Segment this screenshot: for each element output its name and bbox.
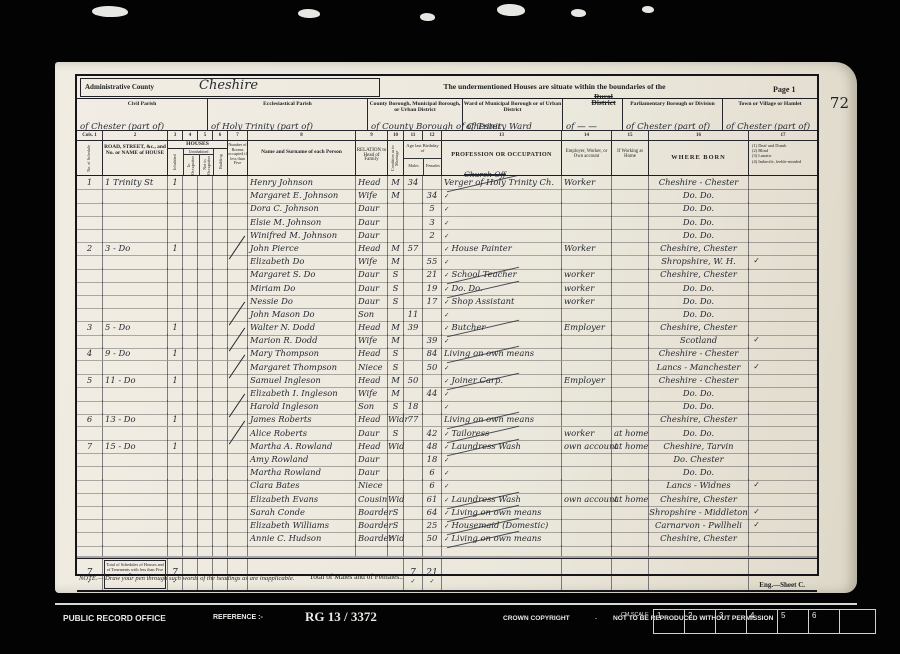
enumerator-tick: ✓ [444, 377, 449, 385]
working-at-home [611, 413, 648, 427]
census-row: Dora C. JohnsonDaur5✓Do. Do. [77, 202, 817, 215]
folio-number-stamp: 72 [830, 94, 849, 112]
age-female: 84 [422, 347, 441, 361]
header-inhabited: Inhabited [168, 149, 183, 175]
houses-building [212, 176, 227, 190]
enumerator-tick: ✓ [444, 403, 449, 411]
pro-dash: - [595, 615, 597, 622]
census-row: 35 - Do1Walter N. DoddHeadM39✓ButcherEmp… [77, 321, 817, 334]
relation-to-head: Head [355, 413, 387, 427]
scale-mark: 3 [716, 609, 747, 634]
film-speck [92, 6, 128, 17]
census-row: John Mason DoSon11✓Do. Do. [77, 308, 817, 321]
col-num: 11 [403, 131, 422, 140]
address: 13 - Do [102, 413, 167, 427]
rural-district-box: Rural District of — — [562, 99, 622, 130]
admin-county-label: Administrative County [85, 83, 154, 91]
pro-reference-label: REFERENCE :- [213, 614, 263, 621]
person-name: Mary Thompson [247, 347, 355, 361]
county-borough-box: County Borough, Municipal Borough, or Ur… [367, 99, 462, 130]
rural-district-value: of — — [566, 122, 597, 132]
infirmity [748, 413, 817, 427]
scale-mark-empty [840, 609, 876, 634]
houses-uninhabited-in-occupation [182, 347, 197, 361]
person-name: Henry Johnson [247, 176, 355, 190]
census-row: Martha RowlandDaur6✓Do. Do. [77, 466, 817, 479]
age-female [422, 176, 441, 190]
houses-uninhabited-not-in-occupation [197, 176, 212, 190]
pro-office-label: PUBLIC RECORD OFFICE [63, 613, 166, 623]
header-uninhabited: Uninhabited In Occupation Not in Occupat… [183, 149, 213, 175]
census-row: Alice RobertsDaurS42✓Tailoressworkerat h… [77, 427, 817, 440]
civil-parish-box: Civil Parish of Chester (part of) [77, 99, 207, 130]
enumerator-tick: ✓ [444, 469, 449, 477]
enumerator-tick: ✓ [444, 482, 449, 490]
header-houses-group: HOUSES Inhabited Uninhabited In Occupati… [167, 141, 227, 175]
census-row: Elsie M. JohnsonDaur3✓Do. Do. [77, 216, 817, 229]
col-num: 10 [387, 131, 403, 140]
age-female [422, 413, 441, 427]
census-row: Marion R. DoddWifeM39✓Scotland✓ [77, 334, 817, 347]
enumerator-tick: ✓ [444, 337, 449, 345]
film-speck [497, 4, 525, 16]
census-document-page: 72 Eng.—Sheet C. Administrative County C… [55, 62, 857, 593]
cm-scale-bar: 1 2 3 4 5 6 [653, 609, 876, 634]
civil-parish-value: of Chester (part of) [80, 122, 164, 132]
county-borough-label: County Borough, Municipal Borough, or Ur… [368, 99, 462, 113]
header-age: Age last Birthday of [404, 141, 441, 159]
town-village-box: Town or Village or Hamlet of Chester (pa… [722, 99, 817, 130]
census-row: Elizabeth I. InglesonWifeM44✓Do. Do. [77, 387, 817, 400]
infirmity [748, 347, 817, 361]
census-row: Winifred M. JohnsonDaur2✓Do. Do. [77, 229, 817, 242]
census-row: 715 - Do1Martha A. RowlandHeadWid48✓Laun… [77, 440, 817, 453]
col-num: 17 [748, 131, 817, 140]
film-speck [420, 13, 435, 21]
enumerator-tick: ✓ [444, 258, 449, 266]
pro-reference-number: RG 13 / 3372 [305, 609, 377, 625]
houses-inhabited: 1 [167, 347, 182, 361]
header-name: Name and Surname of each Person [247, 141, 355, 175]
col-num: 12 [422, 131, 441, 140]
parliamentary-borough-value: of Chester (part of) [626, 122, 710, 132]
col-num: 3 [167, 131, 182, 140]
houses-uninhabited-not-in-occupation [197, 347, 212, 361]
houses-building [212, 347, 227, 361]
marriage-condition: Widr [387, 413, 403, 427]
census-row: Nessie DoDaurS17✓Shop AssistantworkerDo.… [77, 295, 817, 308]
header-building: Building [213, 149, 227, 175]
rooms-if-less-than-five [227, 176, 247, 190]
marriage-condition: M [387, 176, 403, 190]
enumerator-tick: ✓ [444, 311, 449, 319]
footer-note: NOTE.— Draw your pen through such words … [79, 575, 294, 582]
employer-worker-status [561, 347, 611, 361]
infirmity [748, 176, 817, 190]
header-where-born: WHERE BORN [648, 141, 748, 175]
enumerator-tick: ✓ [444, 364, 449, 372]
working-at-home [611, 347, 648, 361]
houses-uninhabited-in-occupation [182, 176, 197, 190]
census-row: Margaret S. DoDaurS21✓School Teacherwork… [77, 268, 817, 281]
working-at-home [611, 176, 648, 190]
enumerator-tick: ✓ [444, 285, 449, 293]
schedule-number: 4 [77, 347, 102, 361]
header-road: ROAD, STREET, &c., and No. or NAME of HO… [102, 141, 167, 175]
census-rows: 11 Trinity St1Henry JohnsonHeadM34Church… [77, 176, 817, 545]
scale-mark: 5 [778, 609, 809, 634]
census-row: 511 - Do1Samuel InglesonHeadM50✓Joiner C… [77, 374, 817, 387]
census-row: Annie C. HudsonBoarderWid50✓Living on ow… [77, 532, 817, 545]
col-num: 6 [212, 131, 227, 140]
ecclesiastical-parish-label: Ecclesiastical Parish [208, 99, 367, 107]
pro-reference-bar: PUBLIC RECORD OFFICE REFERENCE :- RG 13 … [55, 603, 857, 639]
enumerator-tick: ✓ [444, 509, 449, 517]
census-row: Elizabeth DoWifeM55✓Shropshire, W. H.✓ [77, 255, 817, 268]
situate-statement: The undermentioned Houses are situate wi… [382, 82, 727, 91]
pro-copyright-label: CROWN COPYRIGHT [503, 615, 570, 622]
col-num: 16 [648, 131, 748, 140]
col-num: 2 [102, 131, 167, 140]
census-row: 613 - Do1James RobertsHeadWidr77Living o… [77, 413, 817, 426]
town-village-label: Town or Village or Hamlet [723, 99, 817, 107]
enumerator-tick: ✓ [444, 430, 449, 438]
film-speck [642, 6, 654, 13]
town-village-value: of Chester (part of) [726, 122, 810, 132]
column-header-row: No. of Schedule ROAD, STREET, &c., and N… [77, 141, 817, 176]
schedule-number: 1 [77, 176, 102, 190]
enumerator-tick: ✓ [444, 245, 449, 253]
census-row: 23 - Do1John PierceHeadM57✓House Painter… [77, 242, 817, 255]
ward-label: Ward of Municipal Borough or of Urban Di… [463, 99, 562, 113]
civil-parish-label: Civil Parish [77, 99, 207, 107]
blank-row [77, 545, 817, 558]
age-male: 77 [403, 413, 422, 427]
scale-mark: 1 [653, 609, 685, 634]
rural-district-label: Rural District [585, 92, 622, 106]
census-row: Elizabeth EvansCousinWid61✓Laundress Was… [77, 493, 817, 506]
col-num: 14 [561, 131, 611, 140]
header-rooms: Number of Rooms occupied if less than Fi… [227, 141, 247, 175]
address: 9 - Do [102, 347, 167, 361]
admin-county-value: Cheshire [199, 78, 258, 93]
census-row: Amy RowlandDaur18✓Do. Chester [77, 453, 817, 466]
header-employer: Employer, Worker, or Own account [561, 141, 611, 175]
houses-uninhabited-not-in-occupation [197, 413, 212, 427]
where-born: Cheshire - Chester [648, 347, 748, 361]
parliamentary-borough-box: Parliamentary Borough or Division of Che… [622, 99, 722, 130]
header-in-occupation: In Occupation [184, 155, 199, 175]
col-num: 5 [197, 131, 212, 140]
parliamentary-borough-label: Parliamentary Borough or Division [623, 99, 722, 107]
scale-mark: 6 [809, 609, 840, 634]
census-row: Clara BatesNiece6✓Lancs - Widnes✓ [77, 479, 817, 492]
enumerator-tick: ✓ [444, 456, 449, 464]
enumerator-tick: ✓ [444, 219, 449, 227]
header-schedule: No. of Schedule [77, 141, 102, 175]
employer-worker-status: Worker [561, 176, 611, 190]
header-condition: Condition as to Marriage [387, 141, 403, 175]
census-row: Margaret E. JohnsonWifeM34✓Do. Do. [77, 189, 817, 202]
person-name: James Roberts [247, 413, 355, 427]
relation-to-head: Head [355, 347, 387, 361]
ward-box: Ward of Municipal Borough or of Urban Di… [462, 99, 562, 130]
header-houses: HOUSES [168, 141, 227, 149]
ward-value: of Trinity Ward [466, 122, 532, 132]
total-males-value: 7✓ [403, 559, 422, 590]
header-age-group: Age last Birthday of Males Females [403, 141, 441, 175]
page-number: Page 1 [773, 85, 795, 94]
marriage-condition: S [387, 347, 403, 361]
film-speck [298, 9, 320, 18]
col-num: 9 [355, 131, 387, 140]
enumerator-tick: ✓ [444, 324, 449, 332]
header-not-in-occupation: Not in Occupation [199, 155, 213, 175]
enumerator-tick: ✓ [444, 298, 449, 306]
cm-scale-label: CM SCALE [621, 612, 647, 618]
census-row: Margaret ThompsonNieceS50✓Lancs - Manche… [77, 361, 817, 374]
enumerator-tick: ✓ [444, 535, 449, 543]
enumerator-tick: ✓ [444, 232, 449, 240]
enumerator-tick: ✓ [444, 205, 449, 213]
col-num: 13 [441, 131, 561, 140]
ecclesiastical-parish-box: Ecclesiastical Parish of Holy Trinity (p… [207, 99, 367, 130]
relation-to-head: Head [355, 176, 387, 190]
ecclesiastical-parish-value: of Holy Trinity (part of) [211, 122, 313, 132]
houses-inhabited: 1 [167, 176, 182, 190]
houses-building [212, 413, 227, 427]
age-male: 34 [403, 176, 422, 190]
census-row: 49 - Do1Mary ThompsonHeadS84Living on ow… [77, 347, 817, 360]
age-male [403, 347, 422, 361]
district-header-row: Civil Parish of Chester (part of) Eccles… [77, 99, 817, 130]
occupation: Church OffVerger of Holy Trinity Ch. [441, 176, 561, 190]
scale-mark: 4 [747, 609, 778, 634]
header-relation: RELATION to Head of Family [355, 141, 387, 175]
scale-mark: 2 [685, 609, 716, 634]
enumerator-tick: ✓ [444, 390, 449, 398]
col-num: 15 [611, 131, 648, 140]
header-at-home: If Working at Home [611, 141, 648, 175]
census-row: Sarah CondeBoarderS64✓Living on own mean… [77, 506, 817, 519]
census-row: Miriam DoDaurS19✓Do. Do.workerDo. Do. [77, 282, 817, 295]
admin-county-row: Administrative County Cheshire The under… [77, 76, 817, 99]
occupation: Living on own means [441, 413, 561, 427]
col-num: Cols. 1 [77, 131, 102, 140]
census-form: Administrative County Cheshire The under… [75, 74, 819, 576]
employer-worker-status [561, 413, 611, 427]
film-speck [571, 9, 586, 17]
enumerator-tick: ✓ [444, 443, 449, 451]
col-num: 7 [227, 131, 247, 140]
where-born: Cheshire, Chester [648, 413, 748, 427]
enumerator-tick: ✓ [444, 271, 449, 279]
census-row: Harold InglesonSonS18✓Do. Do. [77, 400, 817, 413]
col-num: 8 [247, 131, 355, 140]
houses-uninhabited-in-occupation [182, 413, 197, 427]
total-females-value: 21✓ [422, 559, 441, 590]
col-num: 4 [182, 131, 197, 140]
header-infirmity: (1) Deaf and Dumb (2) Blind (3) Lunatic … [748, 141, 817, 175]
houses-inhabited: 1 [167, 413, 182, 427]
enumerator-tick: ✓ [444, 522, 449, 530]
occupation: Living on own means [441, 347, 561, 361]
address: 1 Trinity St [102, 176, 167, 190]
header-age-females: Females [423, 159, 441, 175]
where-born: Cheshire - Chester [648, 176, 748, 190]
admin-county-box: Administrative County Cheshire [80, 78, 380, 97]
schedule-number: 6 [77, 413, 102, 427]
enumerator-tick: ✓ [444, 192, 449, 200]
header-age-males: Males [404, 159, 423, 175]
enumerator-tick: ✓ [444, 496, 449, 504]
census-row: 11 Trinity St1Henry JohnsonHeadM34Church… [77, 176, 817, 189]
census-row: Elizabeth WilliamsBoarderS25✓Housemaid (… [77, 519, 817, 532]
